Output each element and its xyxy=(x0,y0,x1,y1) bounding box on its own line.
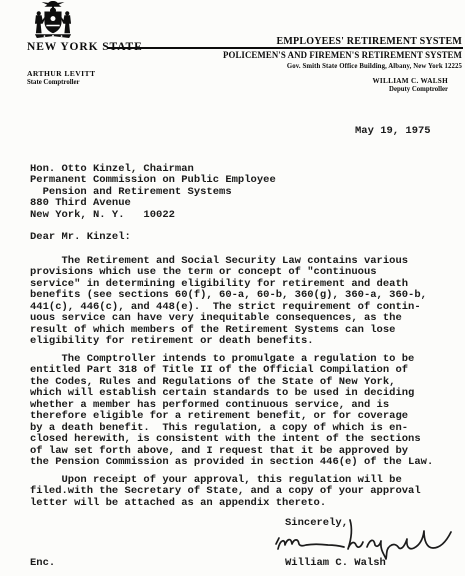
system-title-employees: EMPLOYEES' RETIREMENT SYSTEM xyxy=(277,36,462,47)
body-paragraph-1: The Retirement and Social Security Law c… xyxy=(30,256,427,348)
system-title-policemen-firemen: POLICEMEN'S AND FIREMEN'S RETIREMENT SYS… xyxy=(223,51,462,61)
handwritten-signature-icon xyxy=(272,517,457,561)
body-paragraph-2: The Comptroller intends to promulgate a … xyxy=(30,354,433,469)
salutation: Dear Mr. Kinzel: xyxy=(30,232,131,243)
deputy-title: Deputy Comptroller xyxy=(372,86,448,93)
comptroller-title: State Comptroller xyxy=(27,79,95,86)
recipient-address: Hon. Otto Kinzel, Chairman Permanent Com… xyxy=(30,164,276,221)
office-address: Gov. Smith State Office Building, Albany… xyxy=(287,63,462,70)
ny-state-coat-of-arms-icon xyxy=(31,1,75,39)
comptroller-name: ARTHUR LEVITT xyxy=(27,69,95,78)
letterhead-rule xyxy=(107,47,463,49)
enclosure-note: Enc. xyxy=(30,558,55,569)
body-paragraph-3: Upon receipt of your approval, this regu… xyxy=(30,475,421,509)
letter-date: May 19, 1975 xyxy=(355,126,431,137)
comptroller-block: ARTHUR LEVITT State Comptroller xyxy=(27,69,95,86)
scanned-letter-page: NEW YORK STATE EMPLOYEES' RETIREMENT SYS… xyxy=(0,0,465,576)
deputy-name: WILLIAM C. WALSH xyxy=(372,77,448,85)
deputy-comptroller-block: WILLIAM C. WALSH Deputy Comptroller xyxy=(372,77,448,93)
signed-name: William C. Walsh xyxy=(285,558,386,569)
